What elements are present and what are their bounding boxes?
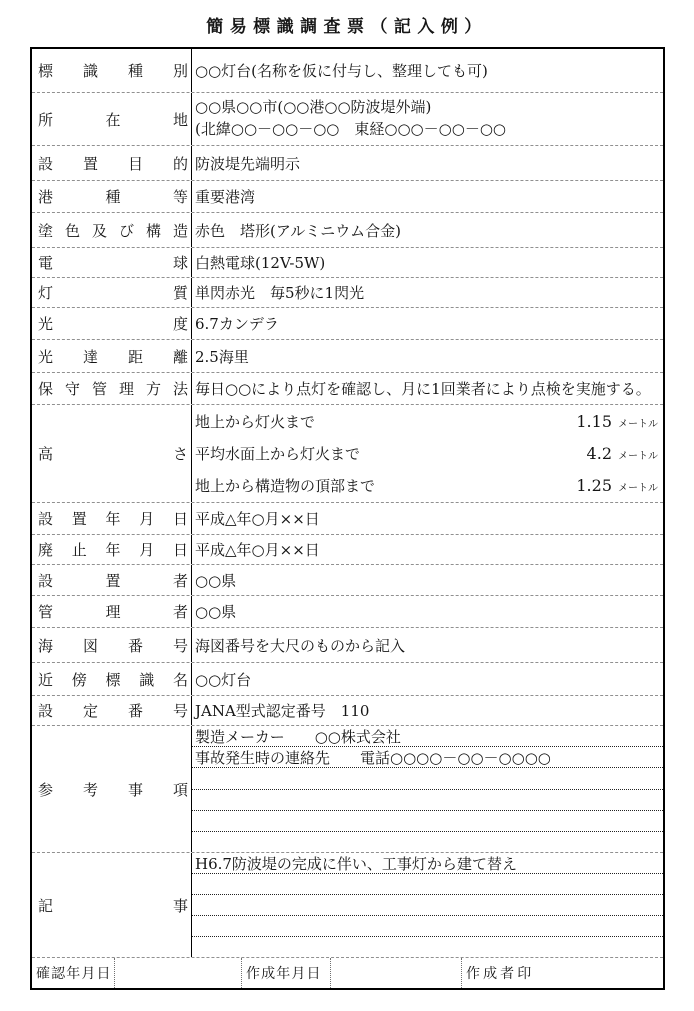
- row-approval-number: 設定番号 JANA型式認定番号 110: [32, 695, 663, 725]
- notes-line-empty: [192, 895, 663, 916]
- row-chart-number: 海図番号 海図番号を大尺のものから記入: [32, 627, 663, 662]
- height-value: 地上から灯火まで 1.15 メートル 平均水面上から灯火まで 4.2 メートル …: [192, 405, 663, 502]
- height-number: 1.25: [576, 476, 612, 495]
- row-port-class: 港種等 重要港湾: [32, 180, 663, 212]
- remarks-line-contact: 事故発生時の連絡先 電話○○○○－○○－○○○○: [192, 747, 663, 768]
- purpose-label: 設置目的: [32, 146, 192, 180]
- remarks-line-empty: [192, 768, 663, 789]
- created-date-label: 作成年月日: [242, 958, 331, 988]
- remarks-label: 参考事項: [32, 726, 192, 852]
- remarks-line-empty: [192, 790, 663, 811]
- height-unit: メートル: [618, 415, 658, 430]
- row-color-structure: 塗色及び構造 赤色 塔形(アルミニウム合金): [32, 212, 663, 247]
- nearby-beacon-value: ○○灯台: [192, 663, 663, 695]
- manager-label: 管理者: [32, 596, 192, 627]
- row-remarks: 参考事項 製造メーカー ○○株式会社 事故発生時の連絡先 電話○○○○－○○－○…: [32, 725, 663, 852]
- light-character-label: 灯質: [32, 278, 192, 307]
- chart-number-label: 海図番号: [32, 628, 192, 662]
- row-location: 所在地 ○○県○○市(○○港○○防波堤外端) (北緯○○－○○－○○ 東経○○○…: [32, 92, 663, 145]
- row-intensity: 光度 6.7カンデラ: [32, 307, 663, 339]
- bulb-label: 電球: [32, 248, 192, 277]
- location-line2: (北緯○○－○○－○○ 東経○○○－○○－○○: [195, 119, 506, 141]
- maintenance-value: 毎日○○により点灯を確認し、月に1回業者により点検を実施する。: [192, 373, 663, 404]
- row-installer: 設置者 ○○県: [32, 564, 663, 595]
- beacon-type-label: 標識種別: [32, 49, 192, 92]
- remarks-value: 製造メーカー ○○株式会社 事故発生時の連絡先 電話○○○○－○○－○○○○: [192, 726, 663, 852]
- nearby-beacon-label: 近傍標識名: [32, 663, 192, 695]
- location-label: 所在地: [32, 93, 192, 145]
- row-footer: 確認年月日 作成年月日 作成者印: [32, 957, 663, 988]
- abolish-date-label: 廃止年月日: [32, 535, 192, 564]
- manager-value: ○○県: [192, 596, 663, 627]
- height-number: 1.15: [576, 412, 612, 431]
- location-value: ○○県○○市(○○港○○防波堤外端) (北緯○○－○○－○○ 東経○○○－○○－…: [192, 93, 663, 145]
- range-value: 2.5海里: [192, 340, 663, 372]
- height-name: 地上から灯火まで: [195, 411, 576, 432]
- row-beacon-type: 標識種別 ○○灯台(名称を仮に付与し、整理しても可): [32, 49, 663, 92]
- port-class-label: 港種等: [32, 181, 192, 212]
- height-label: 高さ: [32, 405, 192, 502]
- row-manager: 管理者 ○○県: [32, 595, 663, 627]
- remarks-line-manufacturer: 製造メーカー ○○株式会社: [192, 726, 663, 747]
- notes-line-rebuilt: H6.7防波堤の完成に伴い、工事灯から建て替え: [192, 853, 663, 874]
- remarks-line-empty: [192, 832, 663, 852]
- color-structure-value: 赤色 塔形(アルミニウム合金): [192, 213, 663, 247]
- created-date-field: [331, 958, 462, 988]
- notes-line-empty: [192, 937, 663, 957]
- approval-number-value: JANA型式認定番号 110: [192, 696, 663, 725]
- row-bulb: 電球 白熱電球(12V-5W): [32, 247, 663, 277]
- installer-value: ○○県: [192, 565, 663, 595]
- color-structure-label: 塗色及び構造: [32, 213, 192, 247]
- purpose-value: 防波堤先端明示: [192, 146, 663, 180]
- range-label: 光達距離: [32, 340, 192, 372]
- survey-form-table: 標識種別 ○○灯台(名称を仮に付与し、整理しても可) 所在地 ○○県○○市(○○…: [30, 47, 665, 990]
- row-install-date: 設置年月日 平成△年○月××日: [32, 502, 663, 534]
- row-notes: 記事 H6.7防波堤の完成に伴い、工事灯から建て替え: [32, 852, 663, 957]
- confirmed-date-label: 確認年月日: [32, 958, 115, 988]
- height-row-to-light: 地上から灯火まで 1.15 メートル: [192, 405, 663, 437]
- installer-label: 設置者: [32, 565, 192, 595]
- author-seal-label: 作成者印: [462, 958, 663, 988]
- confirmed-date-field: [115, 958, 242, 988]
- port-class-value: 重要港湾: [192, 181, 663, 212]
- bulb-value: 白熱電球(12V-5W): [192, 248, 663, 277]
- form-title: 簡易標識調査票（記入例）: [0, 12, 694, 37]
- row-nearby-beacon: 近傍標識名 ○○灯台: [32, 662, 663, 695]
- row-range: 光達距離 2.5海里: [32, 339, 663, 372]
- height-row-above-sea: 平均水面上から灯火まで 4.2 メートル: [192, 437, 663, 469]
- approval-number-label: 設定番号: [32, 696, 192, 725]
- row-maintenance: 保守管理方法 毎日○○により点灯を確認し、月に1回業者により点検を実施する。: [32, 372, 663, 404]
- document-page: 簡易標識調査票（記入例） 標識種別 ○○灯台(名称を仮に付与し、整理しても可) …: [0, 0, 694, 1011]
- location-line1: ○○県○○市(○○港○○防波堤外端): [195, 97, 431, 119]
- install-date-label: 設置年月日: [32, 503, 192, 534]
- height-name: 地上から構造物の頂部まで: [195, 475, 576, 496]
- notes-line-empty: [192, 916, 663, 937]
- row-light-character: 灯質 単閃赤光 毎5秒に1閃光: [32, 277, 663, 307]
- row-abolish-date: 廃止年月日 平成△年○月××日: [32, 534, 663, 564]
- notes-value: H6.7防波堤の完成に伴い、工事灯から建て替え: [192, 853, 663, 957]
- install-date-value: 平成△年○月××日: [192, 503, 663, 534]
- intensity-value: 6.7カンデラ: [192, 308, 663, 339]
- height-number: 4.2: [587, 444, 612, 463]
- height-name: 平均水面上から灯火まで: [195, 443, 587, 464]
- notes-label: 記事: [32, 853, 192, 957]
- row-purpose: 設置目的 防波堤先端明示: [32, 145, 663, 180]
- notes-line-empty: [192, 874, 663, 895]
- chart-number-value: 海図番号を大尺のものから記入: [192, 628, 663, 662]
- abolish-date-value: 平成△年○月××日: [192, 535, 663, 564]
- height-unit: メートル: [618, 479, 658, 494]
- row-height: 高さ 地上から灯火まで 1.15 メートル 平均水面上から灯火まで 4.2 メー…: [32, 404, 663, 502]
- beacon-type-value: ○○灯台(名称を仮に付与し、整理しても可): [192, 49, 663, 92]
- intensity-label: 光度: [32, 308, 192, 339]
- maintenance-label: 保守管理方法: [32, 373, 192, 404]
- remarks-line-empty: [192, 811, 663, 832]
- height-row-to-top: 地上から構造物の頂部まで 1.25 メートル: [192, 470, 663, 502]
- light-character-value: 単閃赤光 毎5秒に1閃光: [192, 278, 663, 307]
- height-unit: メートル: [618, 447, 658, 462]
